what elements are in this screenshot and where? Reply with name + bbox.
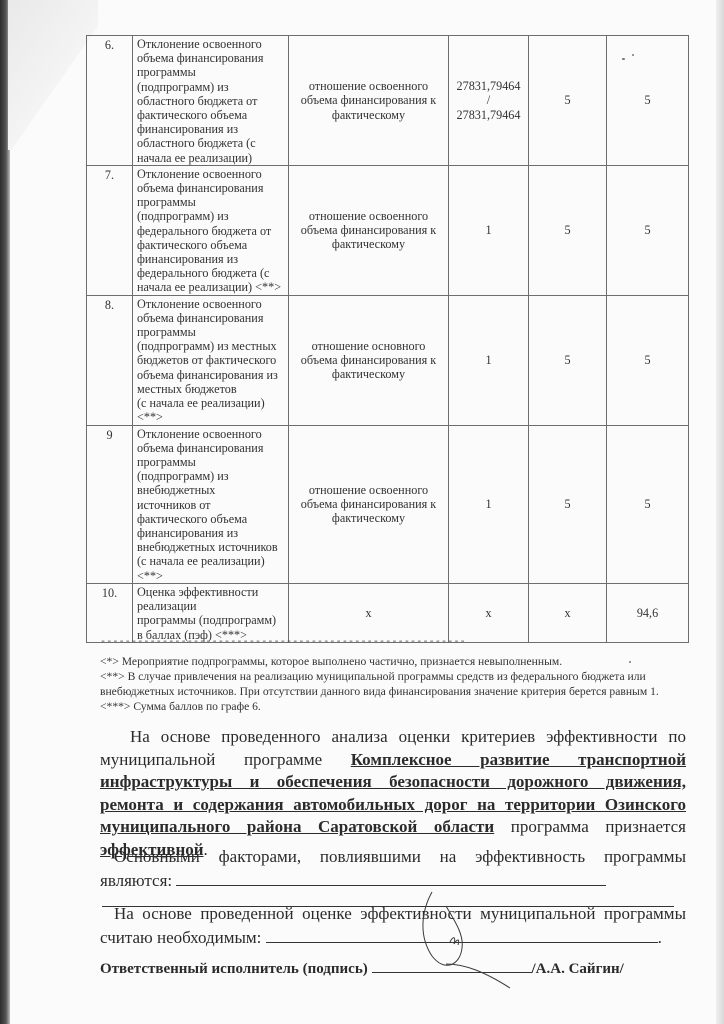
criterion-name-line: внебюджетных источников [137, 540, 284, 554]
calculation-formula: отношение основногообъема финансирования… [289, 295, 449, 425]
criterion-name-line: фактического объема [137, 512, 284, 526]
factors-section: Основными факторами, повлиявшими на эффе… [100, 846, 686, 907]
conclusion-paragraph: На основе проведенного анализа оценки кр… [100, 726, 686, 861]
criterion-name-line: местных бюджетов [137, 382, 284, 396]
actual-value-line: 27831,79464 [453, 79, 524, 93]
weight-points: 5 [529, 425, 607, 583]
scan-edge-left [0, 0, 10, 1024]
factors-blank-field[interactable] [176, 869, 606, 886]
criterion-name: Оценка эффективностиреализациипрограммы … [133, 583, 289, 642]
footnote-3: <***> Сумма баллов по графе 6. [100, 699, 690, 714]
row-number: 7. [87, 165, 133, 295]
row-number: 9 [87, 425, 133, 583]
calculation-formula-line: отношение освоенного [293, 483, 444, 497]
calculation-formula-line: фактическому [293, 237, 444, 251]
actual-value-line: x [453, 606, 524, 620]
calculation-formula: отношение освоенногообъема финансировани… [289, 425, 449, 583]
signature-line: Ответственный исполнитель (подпись) /А.А… [100, 958, 624, 978]
actual-value-line: 1 [453, 223, 524, 237]
calculation-formula-line: отношение основного [293, 339, 444, 353]
weight-points: 5 [529, 295, 607, 425]
row-number: 8. [87, 295, 133, 425]
criterion-name-line: <**> [137, 410, 284, 424]
calculation-formula-line: фактическому [293, 108, 444, 122]
score-points: 5 [607, 36, 689, 166]
score-points: 94,6 [607, 583, 689, 642]
actual-value-line: 1 [453, 353, 524, 367]
calculation-formula-line: объема финансирования к [293, 497, 444, 511]
calculation-formula: x [289, 583, 449, 642]
scan-speck [632, 54, 634, 56]
criterion-name: Отклонение освоенногообъема финансирован… [133, 165, 289, 295]
criterion-name-line: программы (подпрограмм) [137, 613, 284, 627]
calculation-formula-line: фактическому [293, 511, 444, 525]
footnote-1: <*> Мероприятие подпрограммы, которое вы… [100, 654, 690, 669]
footnote-2: <**> В случае привлечения на реализацию … [100, 669, 690, 699]
actual-value-line: 1 [453, 497, 524, 511]
scan-speck [622, 58, 625, 60]
criterion-name-line: фактического объема [137, 238, 284, 252]
actual-value: x [449, 583, 529, 642]
actual-value-line: / [453, 93, 524, 107]
calculation-formula: отношение освоенногообъема финансировани… [289, 36, 449, 166]
criterion-name-line: областного бюджета (с [137, 136, 284, 150]
criterion-name-line: Оценка эффективности [137, 585, 284, 599]
conclusion-middle: программа признается [494, 817, 686, 836]
criterion-name-line: (подпрограмм) из [137, 209, 284, 223]
criterion-name-line: финансирования из [137, 252, 284, 266]
calculation-formula-line: отношение освоенного [293, 209, 444, 223]
actual-value-line: 27831,79464 [453, 108, 524, 122]
folded-corner-shadow [8, 0, 98, 150]
criterion-name-line: источников от [137, 498, 284, 512]
signatory-name: /А.А. Сайгин/ [532, 961, 624, 977]
criterion-name-line: федерального бюджета от [137, 224, 284, 238]
criterion-name-line: начала ее реализации) <**> [137, 280, 284, 294]
score-points: 5 [607, 425, 689, 583]
criterion-name-line: объема финансирования [137, 441, 284, 455]
score-points: 5 [607, 295, 689, 425]
criteria-table: 6.Отклонение освоенногообъема финансиров… [86, 35, 689, 643]
calculation-formula-line: x [293, 606, 444, 620]
footnotes: <*> Мероприятие подпрограммы, которое вы… [100, 654, 690, 714]
table-row: 10.Оценка эффективностиреализациипрограм… [87, 583, 689, 642]
criterion-name-line: объема финансирования из [137, 368, 284, 382]
table-row: 8.Отклонение освоенногообъема финансиров… [87, 295, 689, 425]
score-points: 5 [607, 165, 689, 295]
criterion-name-line: объема финансирования [137, 51, 284, 65]
criterion-name-line: объема финансирования [137, 181, 284, 195]
criterion-name-line: программы [137, 195, 284, 209]
criterion-name-line: внебюджетных [137, 483, 284, 497]
actual-value: 1 [449, 165, 529, 295]
criterion-name-line: программы [137, 65, 284, 79]
criterion-name-line: финансирования из [137, 122, 284, 136]
calculation-formula-line: объема финансирования к [293, 353, 444, 367]
criterion-name-line: программы [137, 325, 284, 339]
row-number: 6. [87, 36, 133, 166]
criterion-name-line: начала ее реализации) [137, 151, 284, 165]
criterion-name-line: Отклонение освоенного [137, 297, 284, 311]
handwritten-signature-icon [410, 890, 530, 990]
criterion-name-line: реализации [137, 599, 284, 613]
criterion-name-line: объема финансирования [137, 311, 284, 325]
actual-value: 1 [449, 295, 529, 425]
actual-value: 1 [449, 425, 529, 583]
criterion-name: Отклонение освоенногообъема финансирован… [133, 295, 289, 425]
criterion-name-line: (с начала ее реализации) [137, 396, 284, 410]
criterion-name-line: <**> [137, 569, 284, 583]
calculation-formula: отношение освоенногообъема финансировани… [289, 165, 449, 295]
criterion-name: Отклонение освоенногообъема финансирован… [133, 425, 289, 583]
criterion-name-line: программы [137, 455, 284, 469]
criterion-name-line: фактического объема [137, 108, 284, 122]
weight-points: 5 [529, 36, 607, 166]
weight-points: x [529, 583, 607, 642]
criterion-name-line: бюджетов от фактического [137, 353, 284, 367]
scan-speck [629, 661, 631, 663]
actual-value: 27831,79464/27831,79464 [449, 36, 529, 166]
calculation-formula-line: отношение освоенного [293, 79, 444, 93]
weight-points: 5 [529, 165, 607, 295]
table-row: 7.Отклонение освоенногообъема финансиров… [87, 165, 689, 295]
criterion-name-line: (подпрограмм) из местных [137, 339, 284, 353]
criterion-name-line: Отклонение освоенного [137, 427, 284, 441]
criterion-name-line: (подпрограмм) из [137, 469, 284, 483]
criterion-name-line: Отклонение освоенного [137, 37, 284, 51]
calculation-formula-line: объема финансирования к [293, 223, 444, 237]
criterion-name-line: (с начала ее реализации) [137, 554, 284, 568]
necessary-section: На основе проведенной оценке эффективнос… [100, 903, 686, 949]
criterion-name-line: областного бюджета от [137, 94, 284, 108]
table-row: 6.Отклонение освоенногообъема финансиров… [87, 36, 689, 166]
table-row: 9Отклонение освоенногообъема финансирова… [87, 425, 689, 583]
criterion-name-line: федерального бюджета (с [137, 266, 284, 280]
criterion-name-line: (подпрограмм) из [137, 80, 284, 94]
footnote-separator: ----------------------------------------… [100, 637, 466, 648]
calculation-formula-line: объема финансирования к [293, 93, 444, 107]
criterion-name-line: Отклонение освоенного [137, 167, 284, 181]
scan-edge-right [716, 0, 724, 1024]
criterion-name-line: финансирования из [137, 526, 284, 540]
calculation-formula-line: фактическому [293, 367, 444, 381]
signature-label: Ответственный исполнитель (подпись) [100, 961, 368, 977]
criterion-name: Отклонение освоенногообъема финансирован… [133, 36, 289, 166]
row-number: 10. [87, 583, 133, 642]
